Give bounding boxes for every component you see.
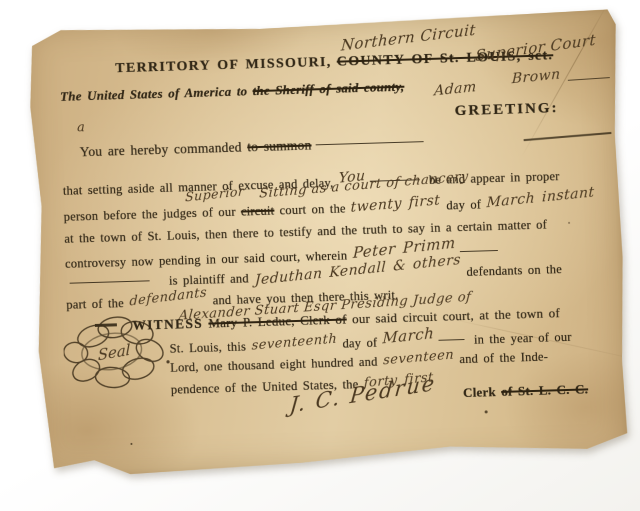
handwritten-year-word: seventeen bbox=[383, 347, 454, 368]
handwritten-month: March bbox=[382, 324, 435, 347]
handwritten-date-day: seventeenth bbox=[251, 332, 337, 354]
ink-stroke bbox=[460, 250, 498, 252]
document-scan: Northern Circuit TERRITORY OF MISSOURI, … bbox=[22, 8, 629, 477]
ink-stroke bbox=[439, 339, 465, 341]
date-text: Lord, one thousand eight hundred and bbox=[170, 355, 378, 375]
date-text: and of the Inde- bbox=[459, 350, 548, 367]
body-text: person before the judges of our bbox=[63, 205, 235, 224]
handwritten-month-instant: March instant bbox=[486, 184, 595, 211]
paper-speck bbox=[568, 222, 570, 224]
paper-speck bbox=[130, 443, 132, 445]
date-text: in the year of our bbox=[474, 330, 572, 347]
paper-speck bbox=[485, 410, 488, 413]
witness-struck-text: Mary P. Leduc, Clerk of bbox=[208, 312, 347, 331]
command-prefix-text: You are hereby commanded bbox=[80, 140, 242, 160]
clerk-line: Clerk of St. L. C. C. bbox=[463, 381, 588, 401]
circuit-struck-text: circuit bbox=[241, 204, 275, 219]
hand-drawn-seal: Seal bbox=[63, 311, 189, 397]
territory-text: TERRITORY OF MISSOURI, bbox=[115, 55, 332, 76]
handwritten-sheriff-name-last: Brown bbox=[512, 66, 561, 87]
clerk-struck-text: of St. L. C. C. bbox=[501, 381, 588, 399]
paper-sheet: Northern Circuit TERRITORY OF MISSOURI, … bbox=[22, 8, 629, 477]
handwritten-stray-mark: a bbox=[77, 120, 86, 135]
clerk-label: Clerk bbox=[463, 384, 496, 400]
ink-flourish bbox=[568, 77, 610, 81]
ink-stroke bbox=[70, 280, 150, 283]
command-struck-text: to summon bbox=[247, 137, 312, 154]
body-text: part of the bbox=[66, 296, 124, 312]
body-text: day of bbox=[446, 197, 481, 212]
address-prefix-text: The United States of America to bbox=[60, 83, 248, 104]
greeting-line: GREETING: bbox=[454, 100, 558, 120]
body-text: defendants on the bbox=[466, 262, 562, 279]
ink-stroke bbox=[315, 141, 423, 145]
ink-stroke bbox=[524, 132, 612, 141]
body-text: is plaintiff and bbox=[169, 271, 249, 287]
address-line: The United States of America to the Sher… bbox=[60, 79, 405, 105]
handwritten-northern-circuit: Northern Circuit bbox=[340, 20, 476, 54]
address-struck-text: the Sheriff of said county, bbox=[252, 79, 404, 98]
body-text: court on the bbox=[279, 201, 345, 217]
command-line: You are hereby commanded to summon bbox=[80, 134, 428, 160]
handwritten-day-number: twenty first bbox=[351, 192, 441, 215]
handwritten-sheriff-name-first: Adam bbox=[434, 79, 477, 99]
date-text: day of bbox=[342, 336, 377, 351]
